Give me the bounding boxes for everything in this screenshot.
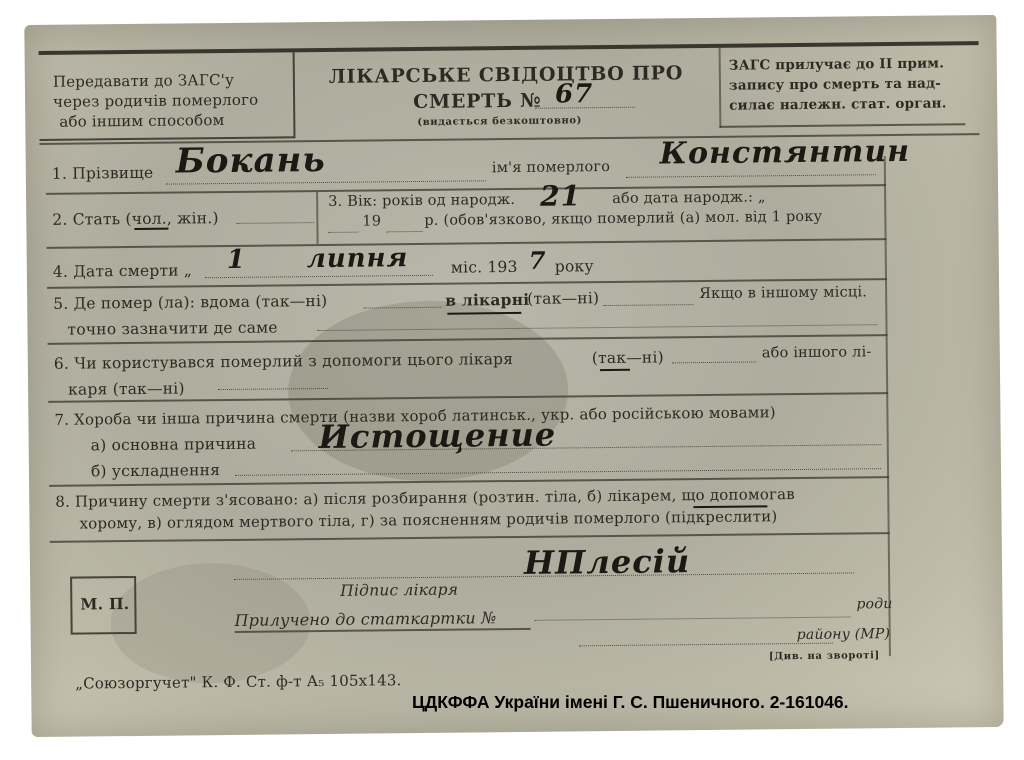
sex-line <box>236 222 314 224</box>
forwarding-note-line: Передавати до ЗАГС'у <box>53 71 234 91</box>
doctor-help-yes-no: (так—ні) <box>592 348 664 367</box>
certificate-title-number-label: СМЕРТЬ № <box>413 90 542 113</box>
birth-year-prefix: 19 <box>362 213 381 229</box>
forwarding-note-line: або іншим способом <box>59 111 224 131</box>
hospital-yes-no: (так—ні) <box>527 289 599 308</box>
signature-label: Підпис лікаря <box>340 581 458 600</box>
rayon-line <box>579 643 833 647</box>
header-divider <box>719 48 722 128</box>
cause-established-line-1: 8. Причину смерти з'ясовано: а) після ро… <box>55 485 795 511</box>
other-place-label: Якщо в іншому місці. <box>699 284 867 302</box>
death-month-value: липня <box>307 243 409 274</box>
death-certificate-card: Передавати до ЗАГС'у через родичів помер… <box>24 15 1003 737</box>
death-date-line <box>205 275 433 278</box>
registry-note-line: ЗАГС прилучає до II прим. <box>729 55 944 73</box>
main-cause-label: а) основна причина <box>91 435 257 455</box>
exact-place-label: точно зазначити де саме <box>67 318 277 338</box>
certificate-number: 67 <box>555 79 593 109</box>
age-label: 3. Вік: років од народж. <box>328 192 515 210</box>
first-name-label: ім'я померлого <box>492 159 610 176</box>
age-value: 21 <box>540 179 581 212</box>
right-margin-line <box>884 156 891 656</box>
place-line <box>603 304 693 306</box>
death-year-digit: 7 <box>529 246 547 275</box>
birth-note: р. (обов'язково, якщо померлий (а) мол. … <box>424 209 822 229</box>
hospital-option: в лікарні <box>445 290 529 310</box>
rayon-label: району (МР) <box>797 626 891 643</box>
month-year-label: міс. 193 <box>451 258 518 277</box>
cause-established-line-2: хорому, в) оглядом мертвого тіла, г) за … <box>79 507 777 532</box>
see-back-note: [Див. на звороті] <box>769 650 880 662</box>
printer-imprint: „Союзоргучет" К. Ф. Ст. ф-т А₅ 105x143. <box>75 671 402 692</box>
rody-label: роди <box>856 596 892 612</box>
row-rule <box>47 238 887 249</box>
registry-note-line: запису про смерть та над- <box>729 76 941 94</box>
main-cause-value: Истощение <box>318 416 556 456</box>
doctor-help-line <box>672 361 756 363</box>
surname-label: 1. Прізвище <box>52 164 154 183</box>
stat-card-line <box>535 616 851 620</box>
forwarding-note-line: через родичів померлого <box>53 91 258 111</box>
birth-date-label: або дата народж.: „ <box>612 189 766 207</box>
birth-line <box>328 232 358 233</box>
sex-underline <box>134 228 168 230</box>
registry-note-line: силає належн. стат. орган. <box>729 95 947 113</box>
year-label: року <box>555 257 594 275</box>
death-day-value: 1 <box>227 245 246 275</box>
right-box-bottom <box>719 123 965 128</box>
first-name-value: Констянтин <box>659 134 910 172</box>
birth-line <box>386 231 422 232</box>
doctor-signature: НПлесій <box>524 542 691 582</box>
seal-label: М. П. <box>80 594 129 614</box>
stat-card-label: Прилучено до статкартки № <box>234 608 496 630</box>
surname-value: Бокань <box>176 140 326 182</box>
archive-caption: ЦДКФФА України імені Г. С. Пшеничного. 2… <box>412 692 849 713</box>
sex-age-divider <box>316 192 319 244</box>
hospital-underline <box>447 312 521 315</box>
other-doctor-label: або іншого лі- <box>762 344 872 361</box>
certificate-title: ЛІКАРСЬКЕ СВІДОЦТВО ПРО <box>329 62 684 88</box>
sex-label: 2. Стать (чол., жін.) <box>52 209 218 229</box>
row-rule <box>50 532 890 543</box>
free-of-charge-note: (видається безкоштовно) <box>417 115 582 128</box>
complication-label: б) ускладнення <box>91 461 220 480</box>
place-of-death-label: 5. Де помер (ла): вдома (так—ні) <box>53 292 327 313</box>
complication-line <box>235 468 881 476</box>
first-name-line <box>626 174 876 178</box>
other-doctor-yes-no: каря (так—ні) <box>68 379 185 398</box>
death-date-label: 4. Дата смерти „ <box>53 261 192 280</box>
yes-underline <box>600 369 630 371</box>
